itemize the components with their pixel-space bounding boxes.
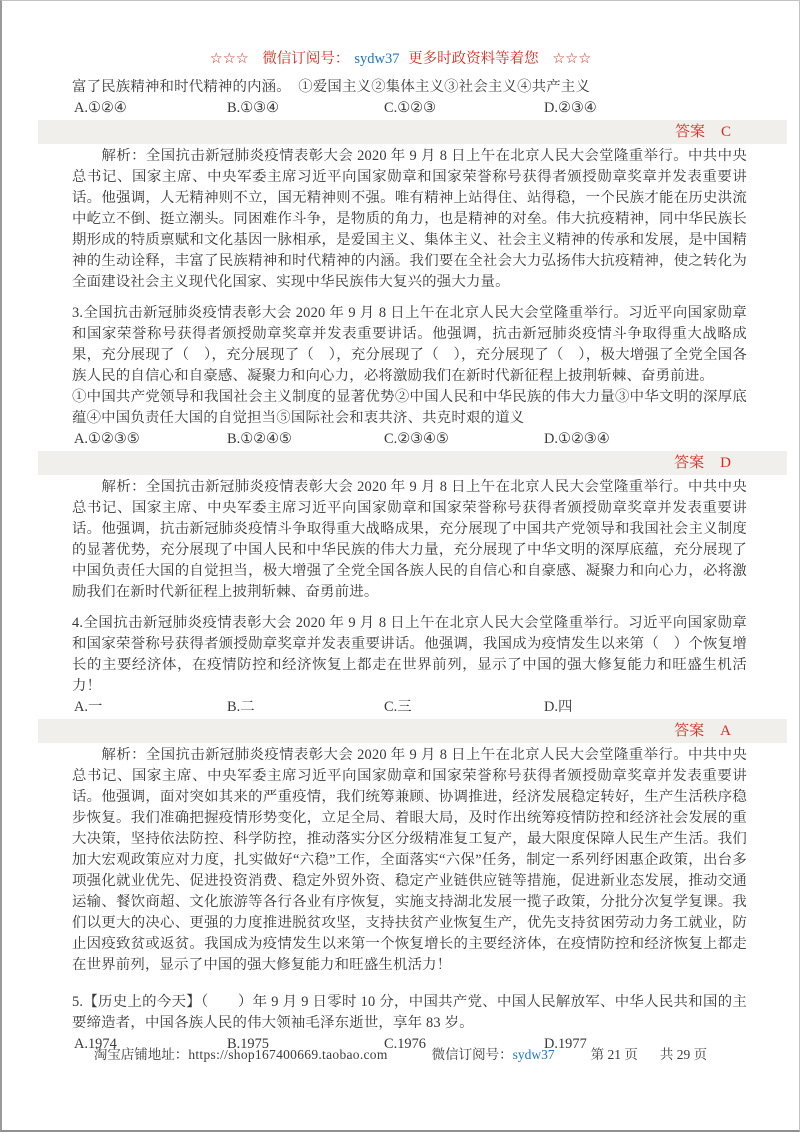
option-d: D.四 [544, 697, 747, 718]
option-d: D.①②③④ [544, 429, 747, 450]
wechat-account: sydw37 [354, 51, 399, 67]
stars-left-icon: ☆☆☆ [210, 51, 249, 67]
wechat-account: sydw37 [513, 1047, 555, 1063]
option-c: C.②③④⑤ [384, 429, 544, 450]
answer-letter: C [721, 124, 731, 140]
question-3-answer-bar: 答案D [38, 451, 787, 475]
question-2-analysis: 解析：全国抗击新冠肺炎疫情表彰大会 2020 年 9 月 8 日上午在北京人民大… [2, 146, 799, 293]
total-pages: 共 29 页 [660, 1043, 707, 1063]
option-b: B.①②④⑤ [227, 429, 384, 450]
question-2-continuation-text: 富了民族精神和时代精神的内涵。 ①爱国主义②集体主义③社会主义④共产主义 [2, 77, 799, 98]
wechat-subscription-label: 微信订阅号： [432, 1043, 513, 1063]
answer-letter: D [720, 455, 731, 471]
wechat-subscription-label: 微信订阅号： [262, 51, 349, 67]
question-4-answer-bar: 答案A [38, 719, 787, 743]
question-4-analysis: 解析：全国抗击新冠肺炎疫情表彰大会 2020 年 9 月 8 日上午在北京人民大… [2, 745, 799, 976]
taobao-store-label: 淘宝店铺地址： [94, 1043, 189, 1063]
question-3-stem: 3.全国抗击新冠肺炎疫情表彰大会 2020 年 9 月 8 日上午在北京人民大会… [2, 303, 799, 387]
answer-label: 答案 [674, 455, 704, 471]
header-promo-text: 更多时政资料等着您 [408, 51, 539, 67]
page-number: 第 21 页 [591, 1043, 638, 1063]
question-4-stem: 4.全国抗击新冠肺炎疫情表彰大会 2020 年 9 月 8 日上午在北京人民大会… [2, 613, 799, 697]
question-5-stem: 5.【历史上的今天】（ ）年 9 月 9 日零时 10 分，中国共产党、中国人民… [2, 992, 799, 1034]
option-c: C.①②③ [384, 98, 544, 119]
answer-label: 答案 [674, 723, 704, 739]
option-a: A.①②③⑤ [74, 429, 227, 450]
page-footer: 淘宝店铺地址：https://shop167400669.taobao.com微… [2, 1043, 799, 1063]
stars-right-icon: ☆☆☆ [552, 51, 591, 67]
option-c: C.三 [384, 697, 544, 718]
page-header: ☆☆☆ 微信订阅号：sydw37 更多时政资料等着您 ☆☆☆ [2, 1, 799, 69]
question-2-answer-bar: 答案C [38, 120, 787, 144]
answer-label: 答案 [675, 124, 705, 140]
option-b: B.二 [227, 697, 384, 718]
question-4-options-row: A.一 B.二 C.三 D.四 [2, 697, 799, 718]
question-2-options-row: A.①②④ B.①③④ C.①②③ D.②③④ [2, 98, 799, 119]
option-d: D.②③④ [544, 98, 747, 119]
taobao-store-url: https://shop167400669.taobao.com [188, 1047, 387, 1063]
question-3-numbered-items: ①中国共产党领导和我国社会主义制度的显著优势②中国人民和中华民族的伟大力量③中华… [2, 387, 799, 429]
answer-letter: A [720, 723, 731, 739]
option-a: A.①②④ [74, 98, 227, 119]
question-3-options-row: A.①②③⑤ B.①②④⑤ C.②③④⑤ D.①②③④ [2, 429, 799, 450]
option-b: B.①③④ [227, 98, 384, 119]
question-3-analysis: 解析：全国抗击新冠肺炎疫情表彰大会 2020 年 9 月 8 日上午在北京人民大… [2, 477, 799, 603]
option-a: A.一 [74, 697, 227, 718]
document-page: ☆☆☆ 微信订阅号：sydw37 更多时政资料等着您 ☆☆☆ 富了民族精神和时代… [0, 0, 800, 1132]
